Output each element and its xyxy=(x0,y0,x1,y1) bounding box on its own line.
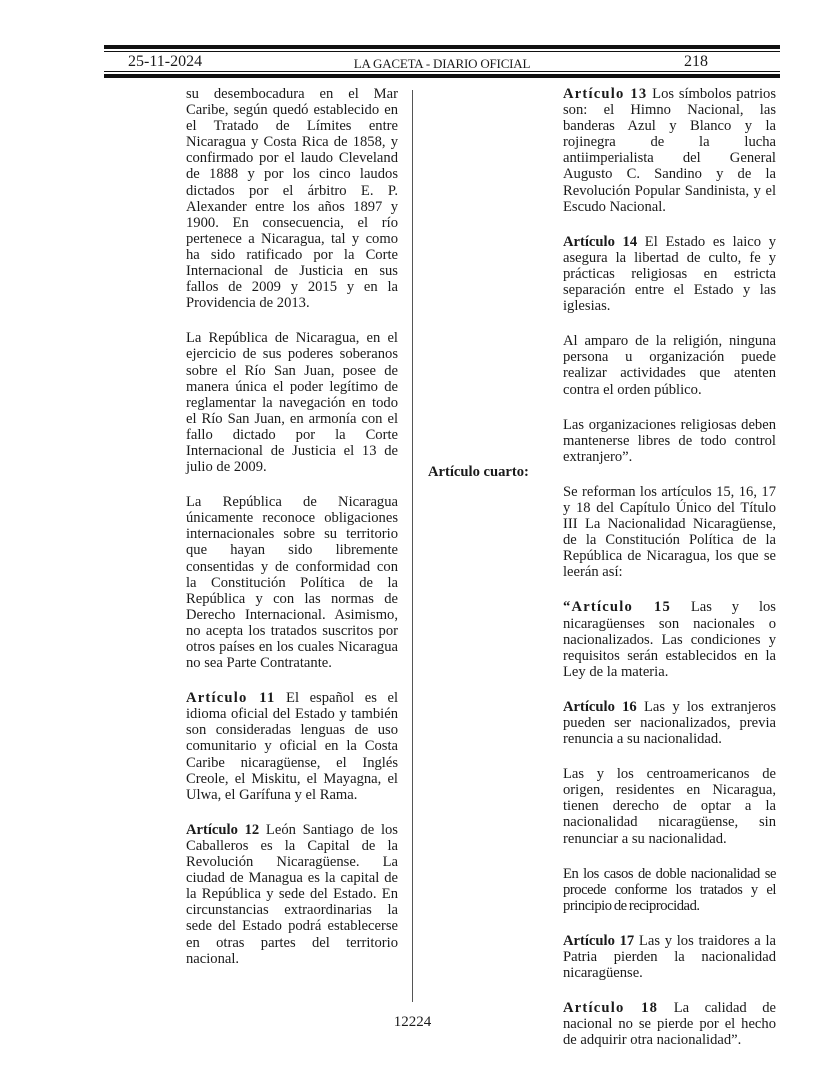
paragraph-rio-san-juan-navigation: La República de Nicaragua, en el ejercic… xyxy=(186,330,398,475)
paragraph-international-obligations: La República de Nicaragua únicamente rec… xyxy=(186,494,398,671)
article-12-text: León Santiago de los Caballeros es la Ca… xyxy=(186,822,398,967)
paragraph-rio-san-juan-limits: su desembocadura en el Mar Caribe, según… xyxy=(186,86,398,311)
article-15-heading: “Artículo 15 xyxy=(563,599,671,615)
article-cuarto-label: Artículo cuarto: xyxy=(428,464,529,480)
page-header: 25-11-2024 LA GACETA - DIARIO OFICIAL 21… xyxy=(104,45,780,78)
paragraph-religion-public-order: Al amparo de la religión, ninguna person… xyxy=(563,333,776,397)
header-row: 25-11-2024 LA GACETA - DIARIO OFICIAL 21… xyxy=(104,52,780,71)
article-13-text: Los símbolos patrios son: el Himno Nacio… xyxy=(563,86,776,215)
article-13: Artículo 13 Los símbolos patrios son: el… xyxy=(563,86,776,215)
article-12-heading: Artículo 12 xyxy=(186,822,259,838)
header-title: LA GACETA - DIARIO OFICIAL xyxy=(104,54,780,73)
article-17-heading: Artículo 17 xyxy=(563,933,634,949)
article-14: Artículo 14 El Estado es laico y asegura… xyxy=(563,234,776,314)
article-16-heading: Artículo 16 xyxy=(563,699,637,715)
paragraph-doble-nacionalidad: En los casos de doble nacionalidad se pr… xyxy=(563,866,776,914)
article-11-text: El español es el idioma oficial del Esta… xyxy=(186,690,398,803)
article-11-heading: Artículo 11 xyxy=(186,690,275,706)
article-17: Artículo 17 Las y los traidores a la Pat… xyxy=(563,933,776,981)
right-column: Artículo 13 Los símbolos patrios son: el… xyxy=(563,86,776,1068)
paragraph-centroamericanos: Las y los centroamericanos de origen, re… xyxy=(563,766,776,846)
gazette-number: 12224 xyxy=(0,1014,825,1031)
article-11: Artículo 11 El español es el idioma ofic… xyxy=(186,690,398,803)
header-page-number: 218 xyxy=(684,52,708,71)
column-divider xyxy=(412,90,413,1002)
article-13-heading: Artículo 13 xyxy=(563,86,647,102)
article-15: “Artículo 15 Las y los nicaragüenses son… xyxy=(563,599,776,679)
paragraph-religious-organizations: Las organizaciones religiosas deben mant… xyxy=(563,417,776,465)
article-12: Artículo 12 León Santiago de los Caballe… xyxy=(186,822,398,967)
article-14-heading: Artículo 14 xyxy=(563,234,637,250)
header-rule-bottom-thick xyxy=(104,74,780,78)
left-column: su desembocadura en el Mar Caribe, según… xyxy=(186,86,398,986)
article-16: Artículo 16 Las y los extranjeros pueden… xyxy=(563,699,776,747)
paragraph-article-cuarto-reform: Se reforman los artículos 15, 16, 17 y 1… xyxy=(563,484,776,581)
header-rule-top-thick xyxy=(104,45,780,49)
